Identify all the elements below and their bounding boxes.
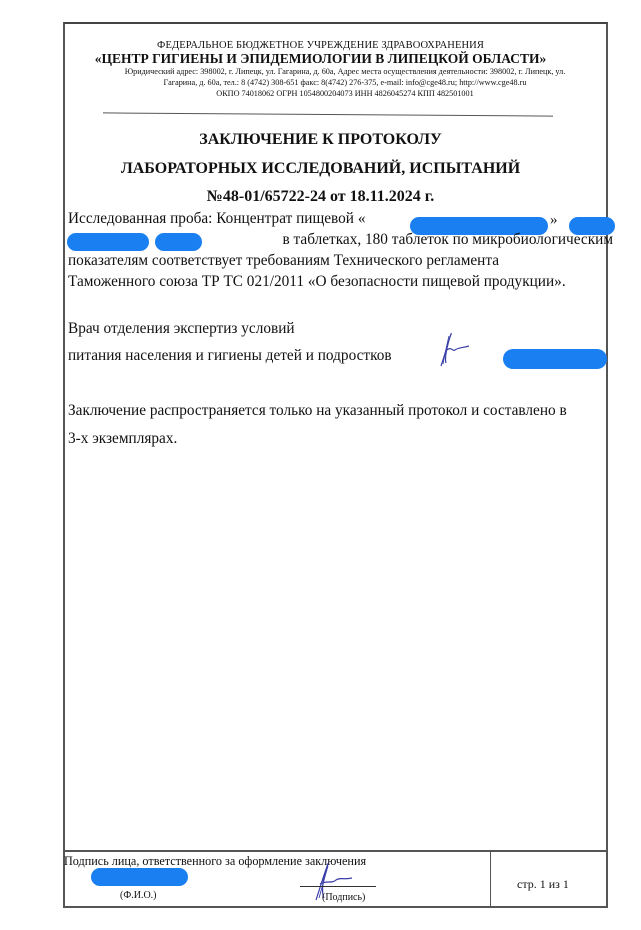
address-line-2: Гагарина, д. 60а, тел.: 8 (4742) 308-651… — [80, 77, 610, 88]
redacted-responsible-name — [91, 868, 188, 886]
footer-column-divider — [490, 850, 491, 908]
signatory-title-1: Врач отделения экспертиз условий — [68, 320, 614, 338]
sample-prefix: Исследованная проба: Концентрат пищевой … — [68, 210, 365, 227]
redacted-manufacturer-2 — [67, 233, 149, 251]
org-type: ФЕДЕРАЛЬНОЕ БЮДЖЕТНОЕ УЧРЕЖДЕНИЕ ЗДРАВОО… — [0, 40, 641, 51]
sample-line-4: Таможенного союза ТР ТС 021/2011 «О безо… — [68, 273, 614, 291]
title-line-1: ЗАКЛЮЧЕНИЕ К ПРОТОКОЛУ — [0, 131, 641, 149]
protocol-number: №48-01/65722-24 от 18.11.2024 г. — [0, 188, 641, 206]
codes-line: ОКПО 74018062 ОГРН 1054800204073 ИНН 482… — [80, 88, 610, 99]
page-number: стр. 1 из 1 — [517, 877, 569, 892]
signature-line — [300, 886, 376, 887]
signature-label: (Подпись) — [322, 892, 365, 903]
sample-line-3: показателям соответствует требованиям Те… — [68, 252, 614, 270]
footer-divider — [63, 850, 608, 852]
doctor-signature-icon — [433, 330, 473, 370]
close-quote: » — [550, 212, 558, 229]
org-name: «ЦЕНТР ГИГИЕНЫ И ЭПИДЕМИОЛОГИИ В ЛИПЕЦКО… — [0, 51, 641, 67]
fio-label: (Ф.И.О.) — [120, 890, 157, 901]
address-line-1: Юридический адрес: 398002, г. Липецк, ул… — [80, 66, 610, 77]
sample-line-2: в таблетках, 180 таблеток по микробиолог… — [208, 231, 613, 249]
note-line-2: 3-х экземплярах. — [68, 430, 614, 448]
redacted-doctor-name — [503, 349, 607, 369]
redacted-manufacturer-3 — [155, 233, 202, 251]
title-line-2: ЛАБОРАТОРНЫХ ИССЛЕДОВАНИЙ, ИСПЫТАНИЙ — [0, 160, 641, 178]
org-contacts: Юридический адрес: 398002, г. Липецк, ул… — [80, 66, 610, 99]
note-line-1: Заключение распространяется только на ук… — [68, 402, 614, 420]
document-frame — [63, 22, 608, 908]
